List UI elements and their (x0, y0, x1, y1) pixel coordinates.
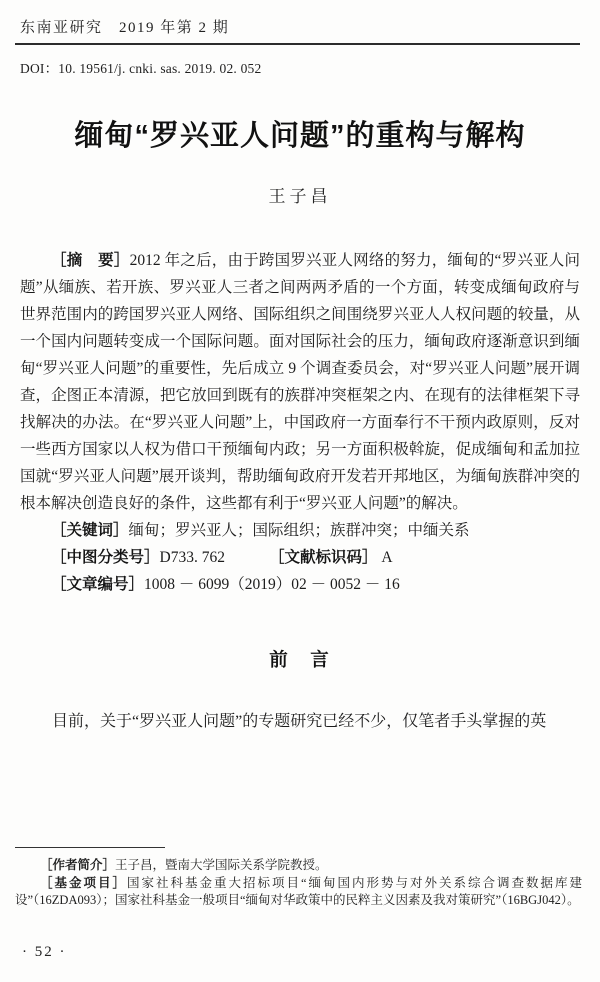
article-id-line: ［文章编号］1008 － 6099（2019）02 － 0052 － 16 (20, 571, 580, 598)
doc-code-value: A (381, 549, 392, 566)
doc-code-label: ［文献标识码］ (269, 549, 378, 566)
article-title: 缅甸“罗兴亚人问题”的重构与解构 (20, 113, 580, 154)
funding-label: ［基金项目］ (40, 876, 127, 890)
article-id-label: ［文章编号］ (51, 576, 144, 593)
abstract-label: ［摘 要］ (51, 252, 130, 269)
section-heading-intro: 前 言 (20, 646, 580, 672)
footnote-area: ［作者简介］王子昌，暨南大学国际关系学院教授。 ［基金项目］国家社科基金重大招标… (15, 847, 582, 910)
funding-footnote: ［基金项目］国家社科基金重大招标项目“缅甸国内形势与对外关系综合调查数据库建设”… (15, 875, 582, 910)
journal-article-page: 东南亚研究 2019 年第 2 期 DOI：10. 19561/j. cnki.… (0, 0, 600, 982)
journal-header: 东南亚研究 2019 年第 2 期 (20, 0, 580, 37)
classification-line: ［中图分类号］D733. 762［文献标识码］ A (20, 544, 580, 571)
header-divider (15, 43, 580, 45)
abstract-meta-block: ［摘 要］2012 年之后，由于跨国罗兴亚人网络的努力，缅甸的“罗兴亚人问题”从… (20, 247, 580, 598)
author-bio-label: ［作者简介］ (40, 858, 115, 872)
clc-value: D733. 762 (160, 549, 225, 566)
author-name: 王子昌 (20, 182, 580, 207)
abstract-text: 2012 年之后，由于跨国罗兴亚人网络的努力，缅甸的“罗兴亚人问题”从缅族、若开… (20, 252, 580, 512)
author-bio-footnote: ［作者简介］王子昌，暨南大学国际关系学院教授。 (15, 857, 582, 875)
page-number: · 52 · (22, 944, 67, 961)
abstract-paragraph: ［摘 要］2012 年之后，由于跨国罗兴亚人网络的努力，缅甸的“罗兴亚人问题”从… (20, 247, 580, 517)
footnote-divider (15, 847, 165, 848)
article-id-value: 1008 － 6099（2019）02 － 0052 － 16 (144, 576, 400, 593)
clc-label: ［中图分类号］ (51, 549, 160, 566)
doi-line: DOI：10. 19561/j. cnki. sas. 2019. 02. 05… (20, 57, 580, 77)
keywords-label: ［关键词］ (51, 522, 129, 539)
author-bio-text: 王子昌，暨南大学国际关系学院教授。 (115, 858, 328, 872)
keywords-line: ［关键词］缅甸；罗兴亚人；国际组织；族群冲突；中缅关系 (20, 517, 580, 544)
keywords-text: 缅甸；罗兴亚人；国际组织；族群冲突；中缅关系 (129, 522, 470, 539)
intro-first-paragraph: 目前，关于“罗兴亚人问题”的专题研究已经不少，仅笔者手头掌握的英 (20, 708, 580, 735)
